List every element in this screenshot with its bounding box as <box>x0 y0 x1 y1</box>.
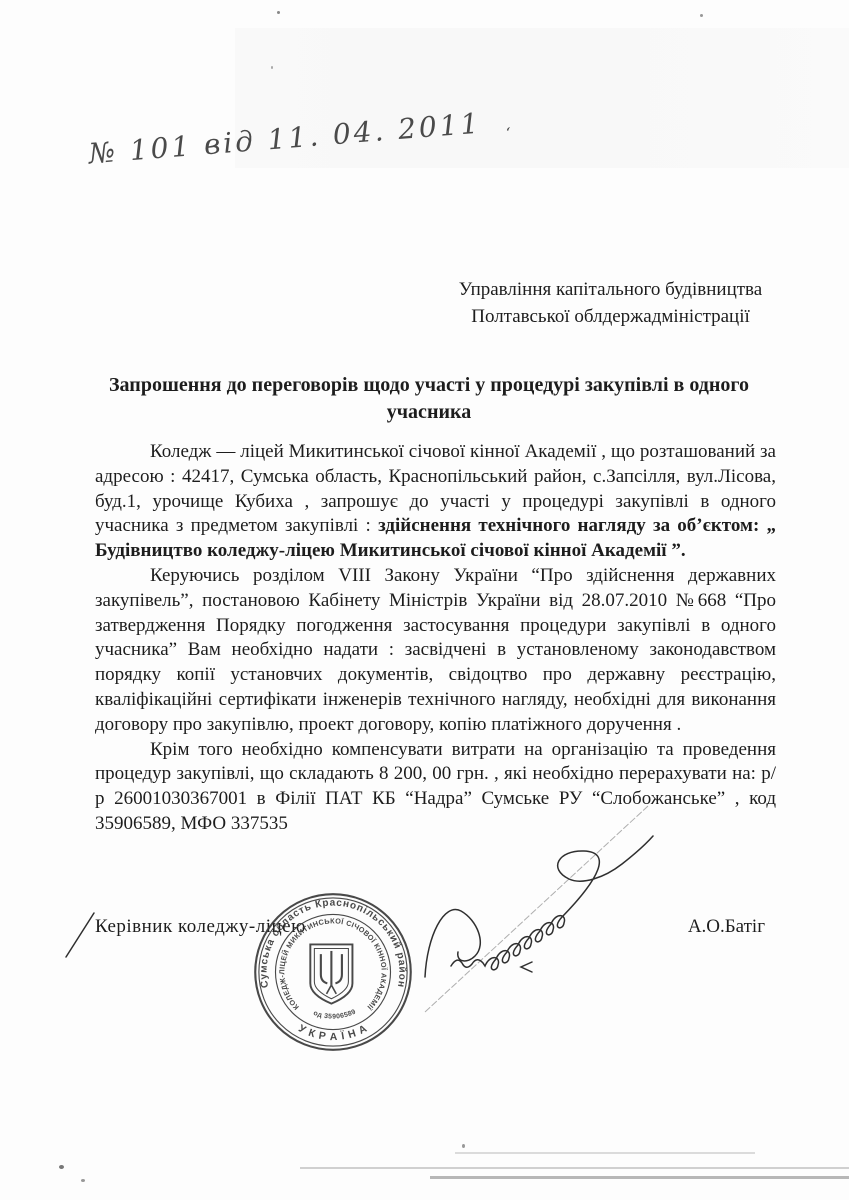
pen-thin-line <box>425 806 648 1012</box>
scan-speck <box>700 14 703 17</box>
signer-name: А.О.Батіг <box>688 916 765 938</box>
svg-text:* У К Р А Ї Н А *: * У К Р А Ї Н А * <box>252 891 373 1043</box>
scan-streak <box>300 1167 849 1169</box>
scan-speck <box>271 66 273 69</box>
pen-slash-mark <box>66 913 94 957</box>
official-stamp: Сумська область Краснопільський район * … <box>252 891 414 1053</box>
recipient-block: Управління капітального будівництва Полт… <box>438 276 783 330</box>
scan-speck <box>59 1165 64 1169</box>
paragraph-legal-basis: Керуючись розділом VIII Закону України “… <box>95 564 776 738</box>
document-body: Коледж — ліцей Микитинської січової кінн… <box>95 440 776 837</box>
stamp-country-text: * У К Р А Ї Н А * <box>252 891 373 1043</box>
recipient-line-1: Управління капітального будівництва <box>438 276 783 303</box>
paragraph-payment-details: Крім того необхідно компенсувати витрати… <box>95 738 776 837</box>
document-title: Запрошення до переговорів щодо участі у … <box>84 372 774 426</box>
recipient-line-2: Полтавської облдержадміністрації <box>438 303 783 330</box>
document-title-line-1: Запрошення до переговорів щодо участі у … <box>84 372 774 399</box>
pen-caret-mark <box>521 962 532 972</box>
scan-speck <box>462 1144 465 1148</box>
scan-speck <box>81 1179 85 1182</box>
signature-row: Керівник коледжу-ліцею А.О.Батіг <box>95 916 765 938</box>
scan-speck <box>277 11 280 14</box>
paragraph-subject: Коледж — ліцей Микитинської січової кінн… <box>95 440 776 564</box>
scan-streak <box>430 1176 849 1179</box>
document-title-line-2: учасника <box>84 399 774 426</box>
signature-scribble <box>425 836 653 977</box>
stamp-inner-ring <box>275 914 390 1029</box>
trident-emblem-icon <box>310 944 352 1003</box>
scan-streak <box>455 1152 755 1154</box>
